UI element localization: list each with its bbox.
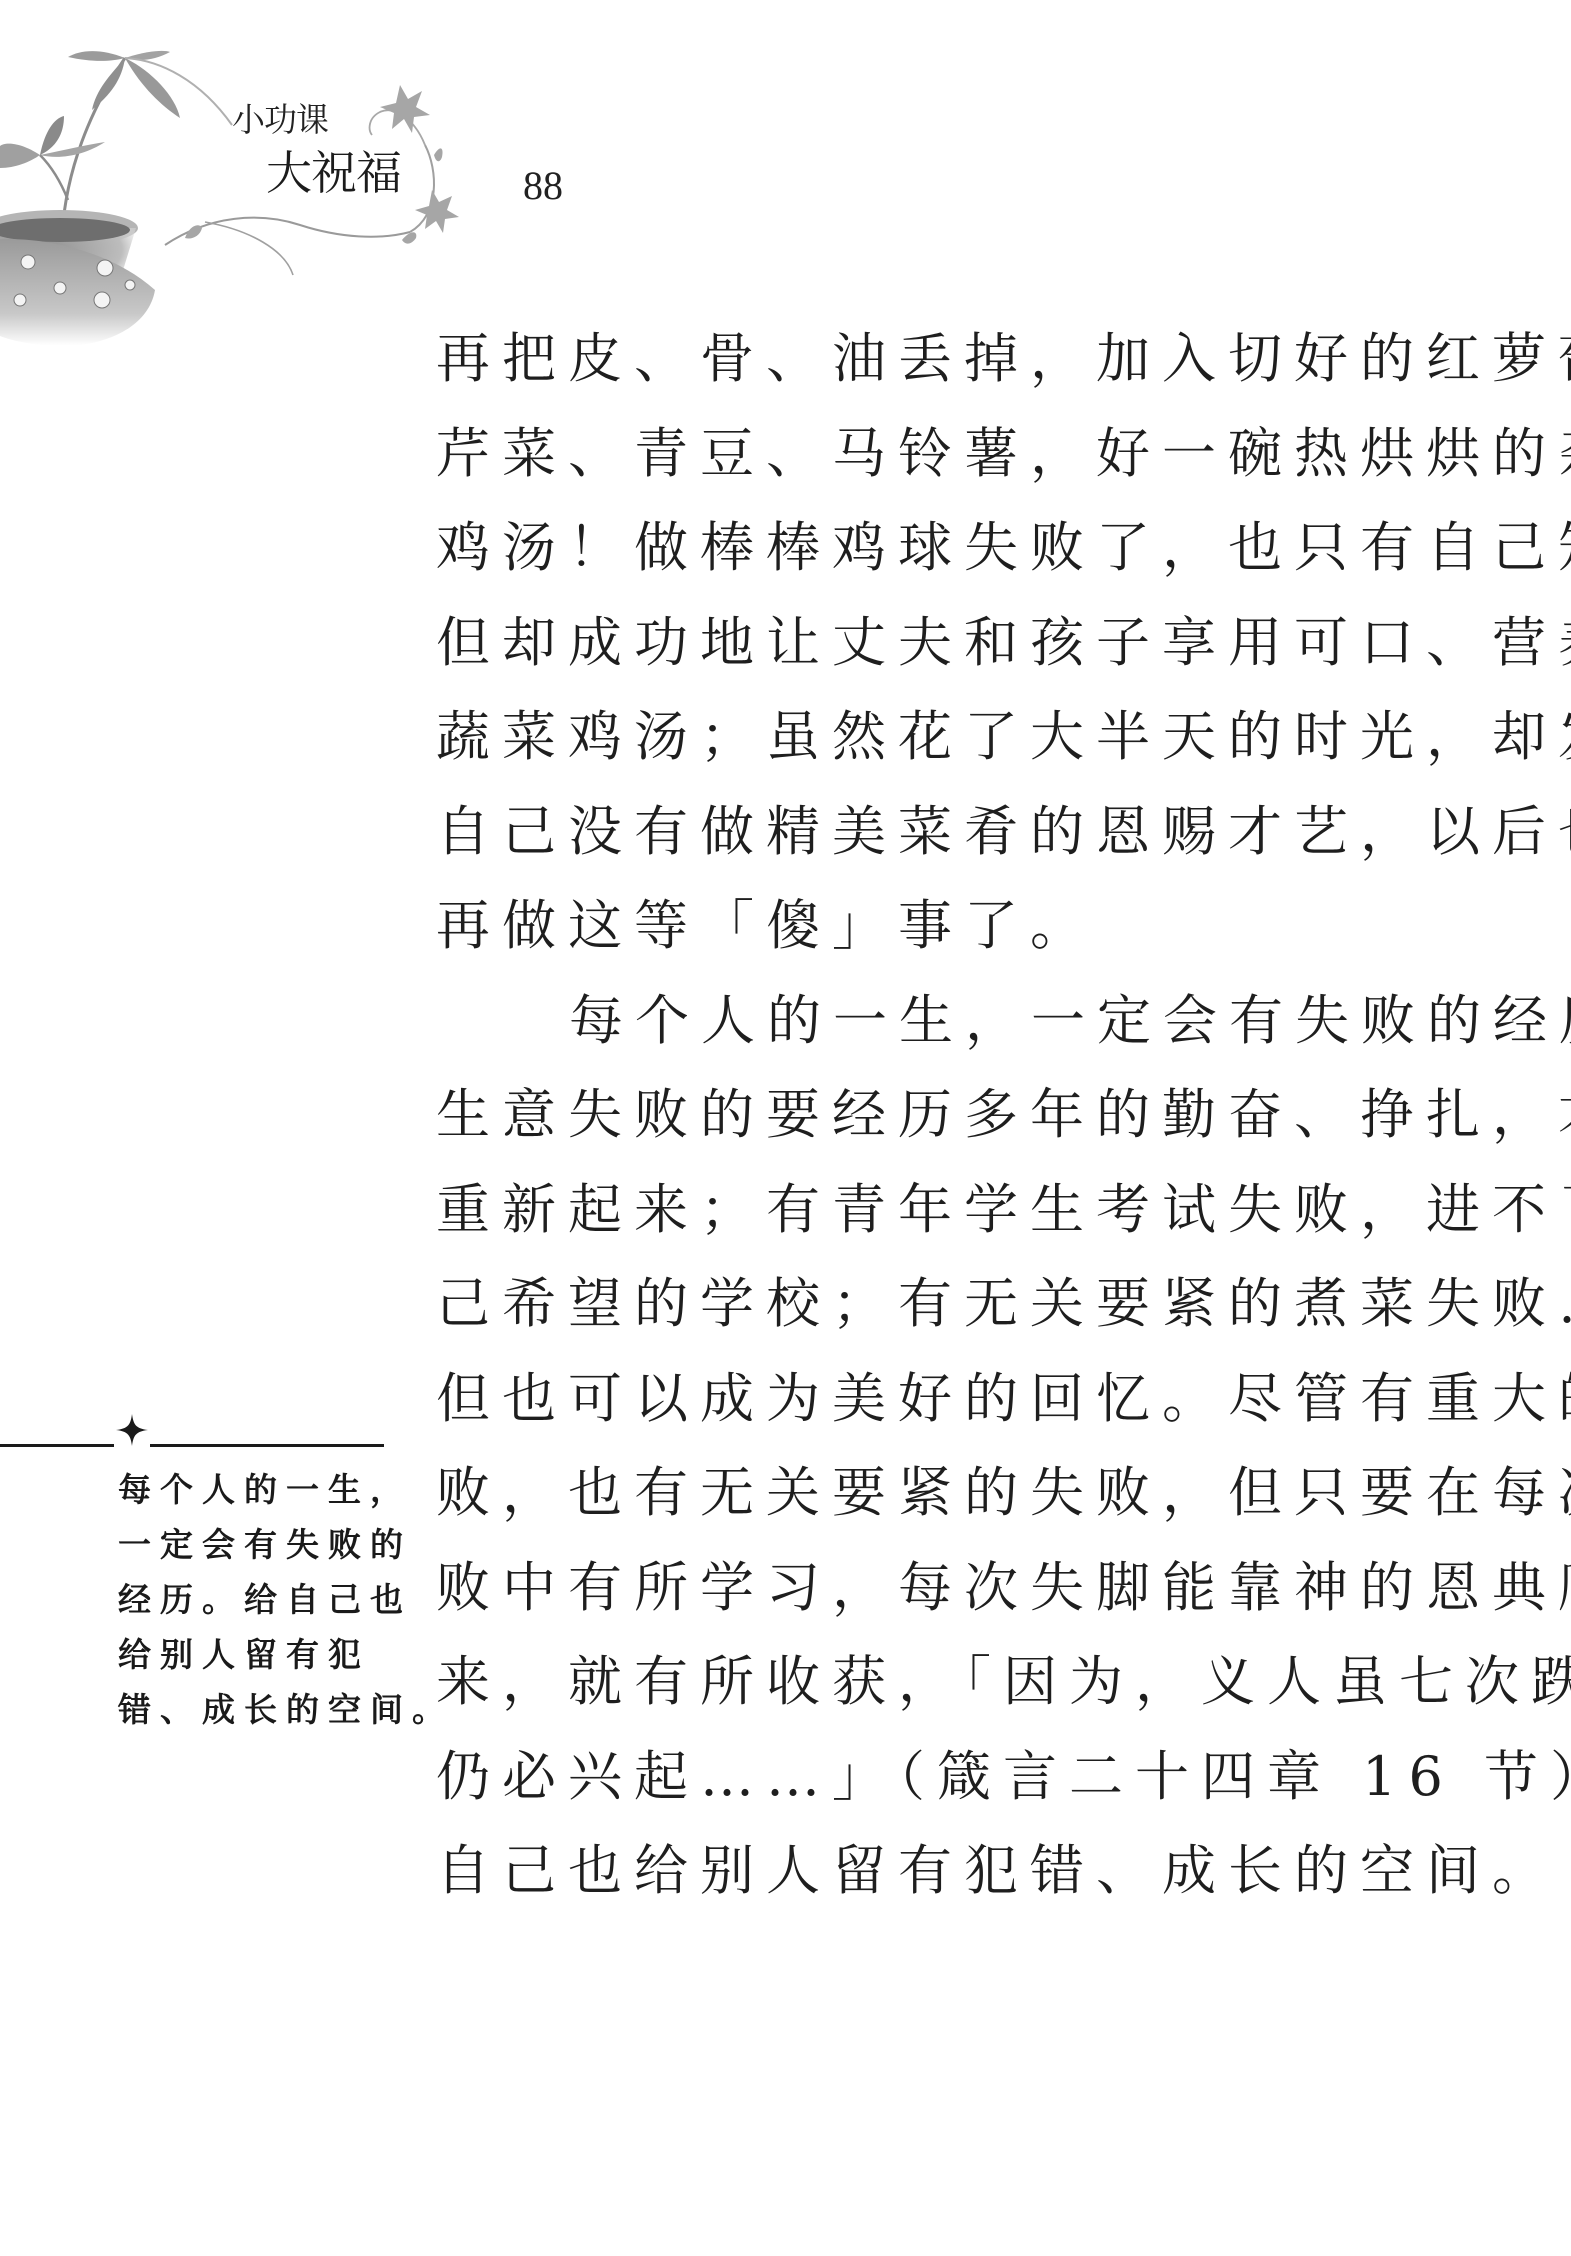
text-line: 自己也给别人留有犯错、成长的空间。 [436, 1824, 1376, 1919]
text-line: 每个人的一生，一定会有失败的经历。 [436, 974, 1376, 1069]
text-line: 来，就有所收获，「因为，义人虽七次跌倒， [436, 1635, 1376, 1730]
four-point-star-icon [114, 1412, 150, 1448]
quote-line: 每个人的一生， [118, 1462, 388, 1517]
quote-line: 一定会有失败的 [118, 1517, 388, 1572]
text-line: 但却成功地让丈夫和孩子享用可口、营养的 [436, 596, 1376, 691]
text-line: 蔬菜鸡汤；虽然花了大半天的时光，却发现 [436, 690, 1376, 785]
paragraph-2: 每个人的一生，一定会有失败的经历。 生意失败的要经历多年的勤奋、挣扎，才能 重新… [436, 974, 1376, 1919]
text-line: 己希望的学校；有无关要紧的煮菜失败…… [436, 1257, 1376, 1352]
sidebar-quote: 每个人的一生， 一定会有失败的 经历。给自己也 给别人留有犯 错、成长的空间。 [118, 1462, 388, 1737]
quote-line: 经历。给自己也 [118, 1572, 388, 1627]
sidebar-divider [0, 1444, 384, 1447]
series-title-small: 小功课 [232, 100, 328, 140]
page-number: 88 [523, 164, 563, 208]
text-line: 鸡汤！做棒棒鸡球失败了，也只有自己知道， [436, 501, 1376, 596]
text-line: 自己没有做精美菜肴的恩赐才艺，以后也不 [436, 785, 1376, 880]
quote-line: 给别人留有犯 [118, 1627, 388, 1682]
text-line: 败中有所学习，每次失脚能靠神的恩典爬起 [436, 1541, 1376, 1636]
body-text: 再把皮、骨、油丢掉，加入切好的红萝葡、 芹菜、青豆、马铃薯，好一碗热烘烘的杂菜 … [436, 312, 1376, 1919]
text-line: 仍必兴起……」（箴言二十四章 16 节）给 [436, 1730, 1376, 1825]
series-title-large: 大祝福 [266, 146, 401, 200]
text-line: 芹菜、青豆、马铃薯，好一碗热烘烘的杂菜 [436, 407, 1376, 502]
text-line: 败，也有无关要紧的失败，但只要在每次失 [436, 1446, 1376, 1541]
text-line: 但也可以成为美好的回忆。尽管有重大的失 [436, 1352, 1376, 1447]
text-line: 生意失败的要经历多年的勤奋、挣扎，才能 [436, 1068, 1376, 1163]
quote-line: 错、成长的空间。 [118, 1682, 388, 1737]
text-line: 再把皮、骨、油丢掉，加入切好的红萝葡、 [436, 312, 1376, 407]
text-line: 重新起来；有青年学生考试失败，进不了自 [436, 1163, 1376, 1258]
text-line: 再做这等「傻」事了。 [436, 879, 1376, 974]
paragraph-1: 再把皮、骨、油丢掉，加入切好的红萝葡、 芹菜、青豆、马铃薯，好一碗热烘烘的杂菜 … [436, 312, 1376, 974]
